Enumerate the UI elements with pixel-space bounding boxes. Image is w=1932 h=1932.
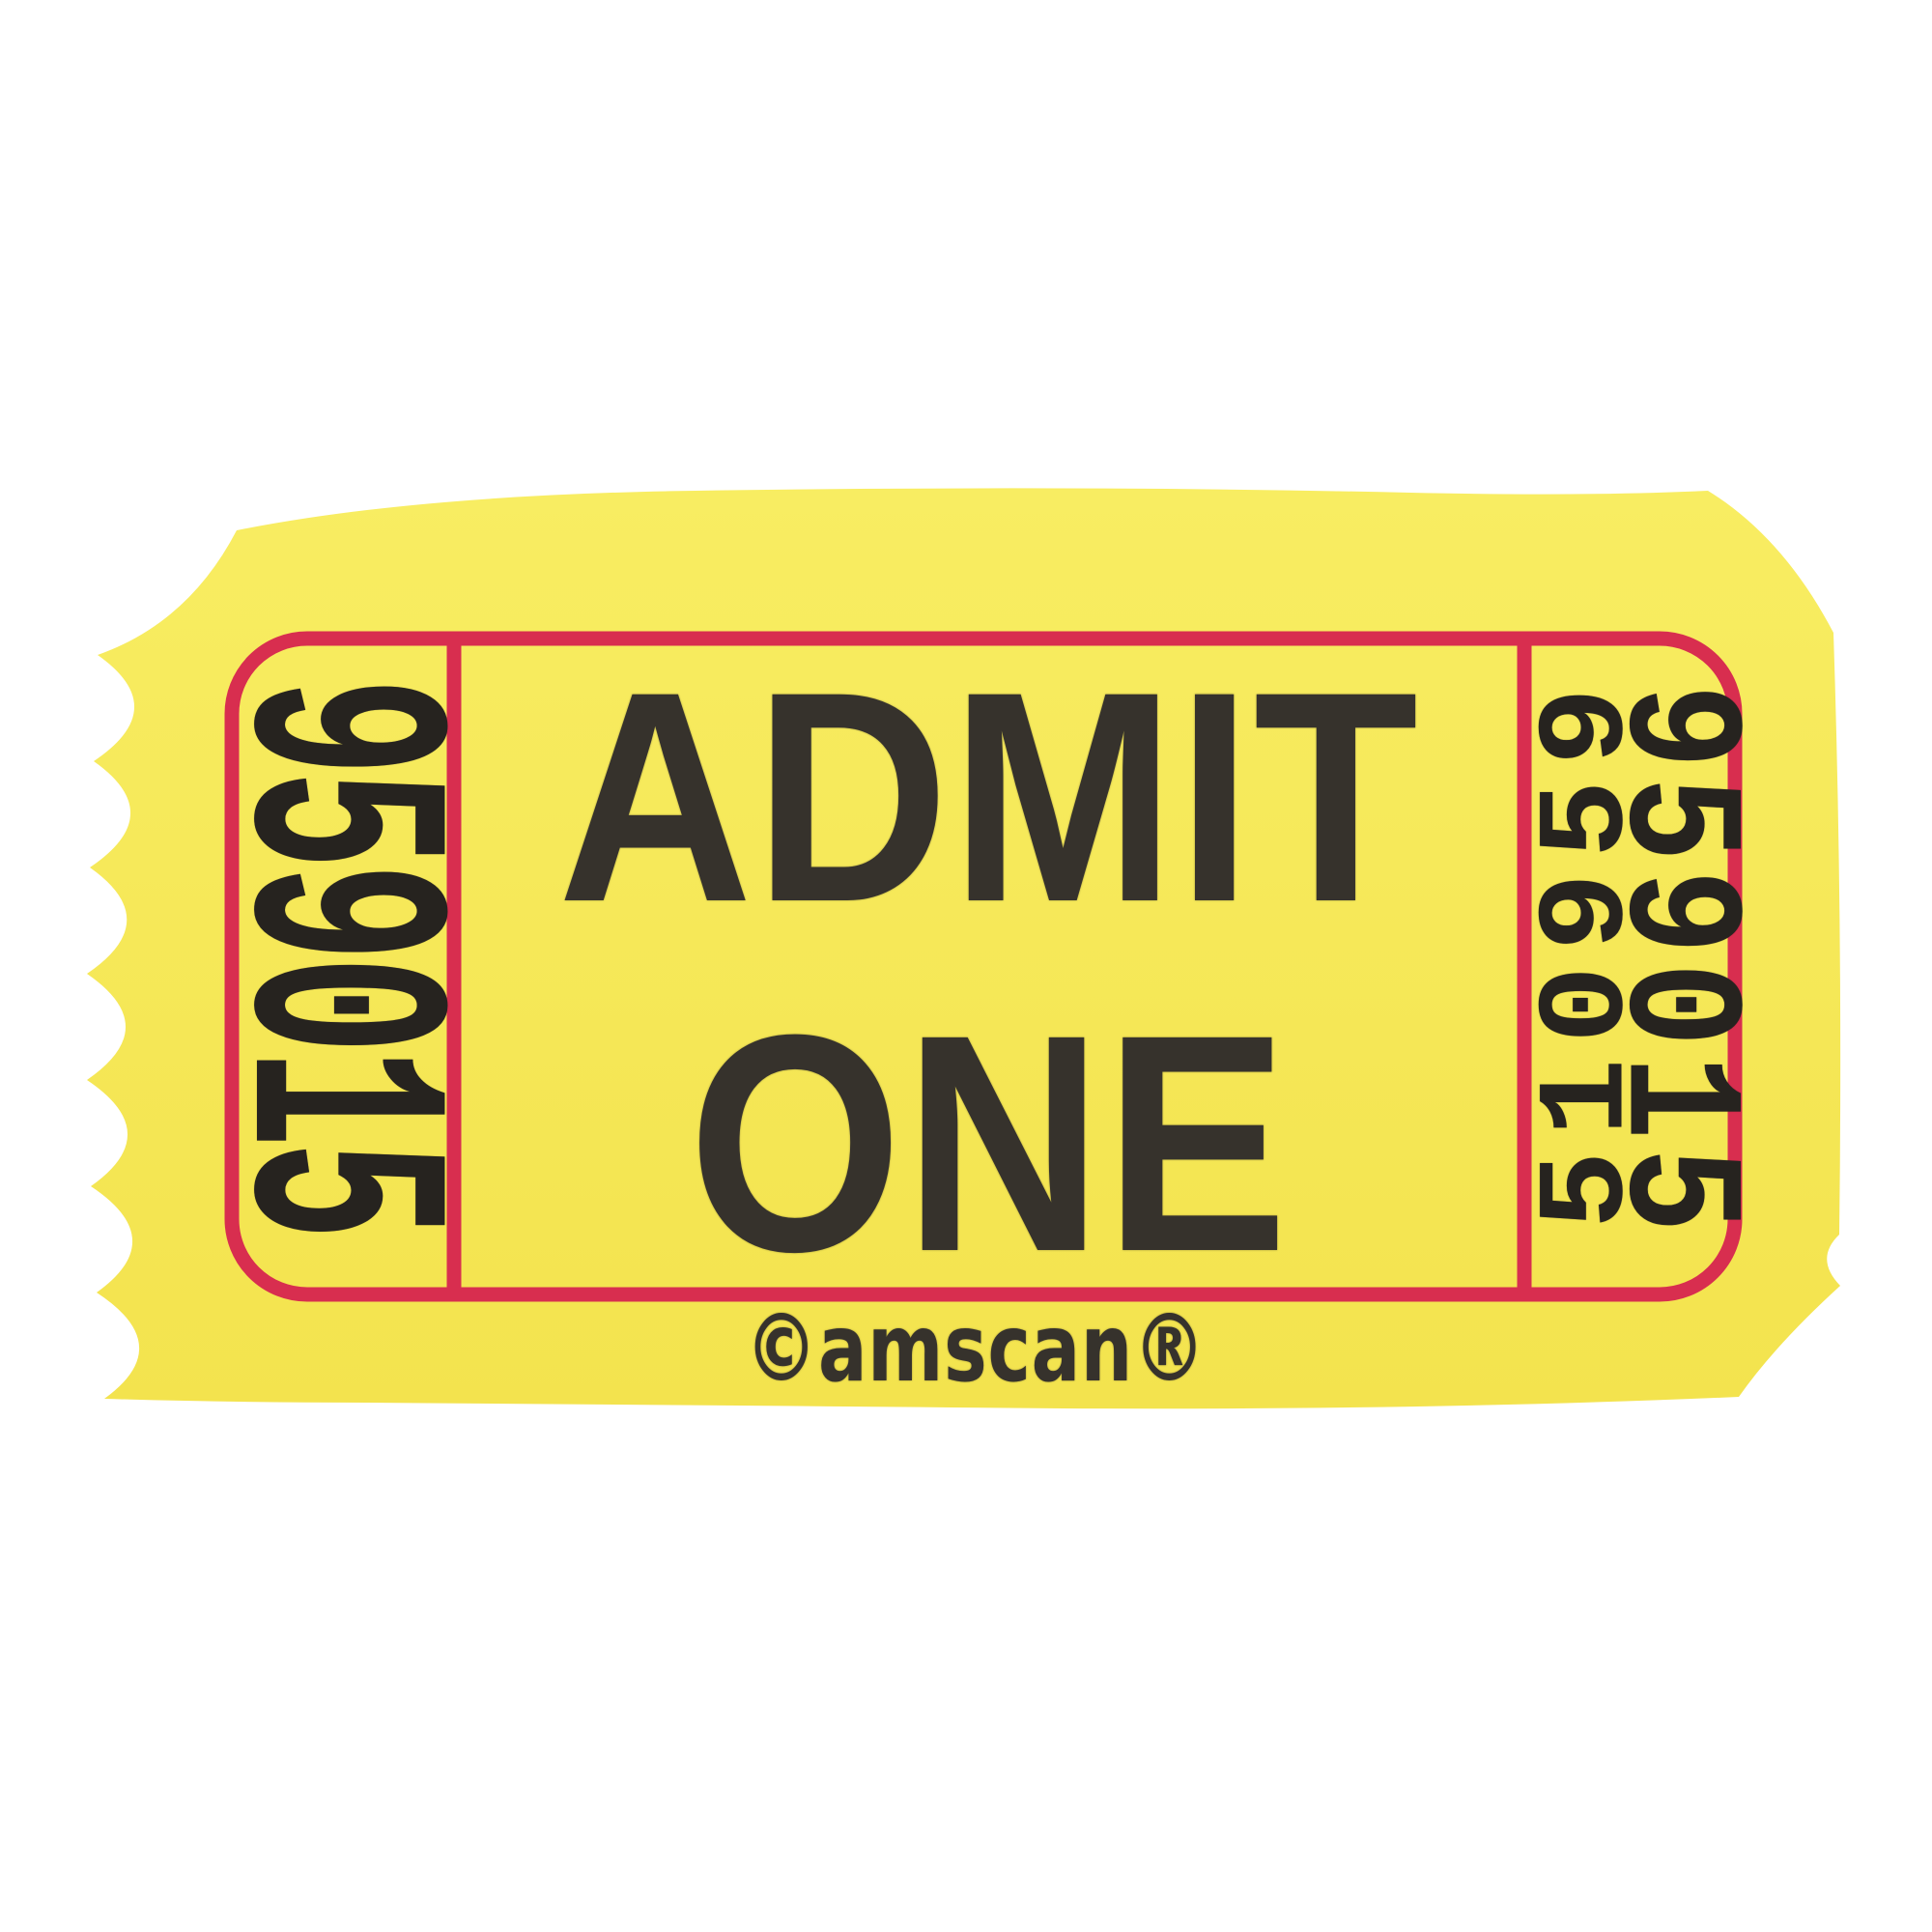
headline-admit: ADMIT <box>454 638 1524 956</box>
serial-number-right-outer: 959015 <box>1627 680 1723 1236</box>
serial-digit: 9 <box>1627 680 1723 773</box>
serial-digit: 5 <box>188 1144 478 1236</box>
serial-digit: 9 <box>188 866 478 958</box>
serial-digit: 5 <box>188 773 478 866</box>
serial-digit: 0 <box>188 958 478 1051</box>
admit-one-ticket: 959015 ADMIT ONE 959015 959015 ©amscan® <box>0 0 1932 1932</box>
serial-number-left: 959015 <box>188 680 478 1236</box>
serial-digit: 9 <box>1627 866 1723 958</box>
serial-digit: 9 <box>188 680 478 773</box>
headline-one-text: ONE <box>689 988 1290 1297</box>
headline-one: ONE <box>454 983 1524 1302</box>
serial-digit: 0 <box>1627 958 1723 1051</box>
brand-mark: ©amscan® <box>734 1312 1217 1385</box>
serial-digit: 5 <box>1627 1144 1723 1236</box>
serial-digit: 5 <box>1627 773 1723 866</box>
headline-admit-text: ADMIT <box>558 647 1420 947</box>
serial-digit: 1 <box>1627 1051 1723 1144</box>
brand-mark-text: ©amscan® <box>745 1302 1206 1395</box>
serial-digit: 1 <box>188 1051 478 1144</box>
